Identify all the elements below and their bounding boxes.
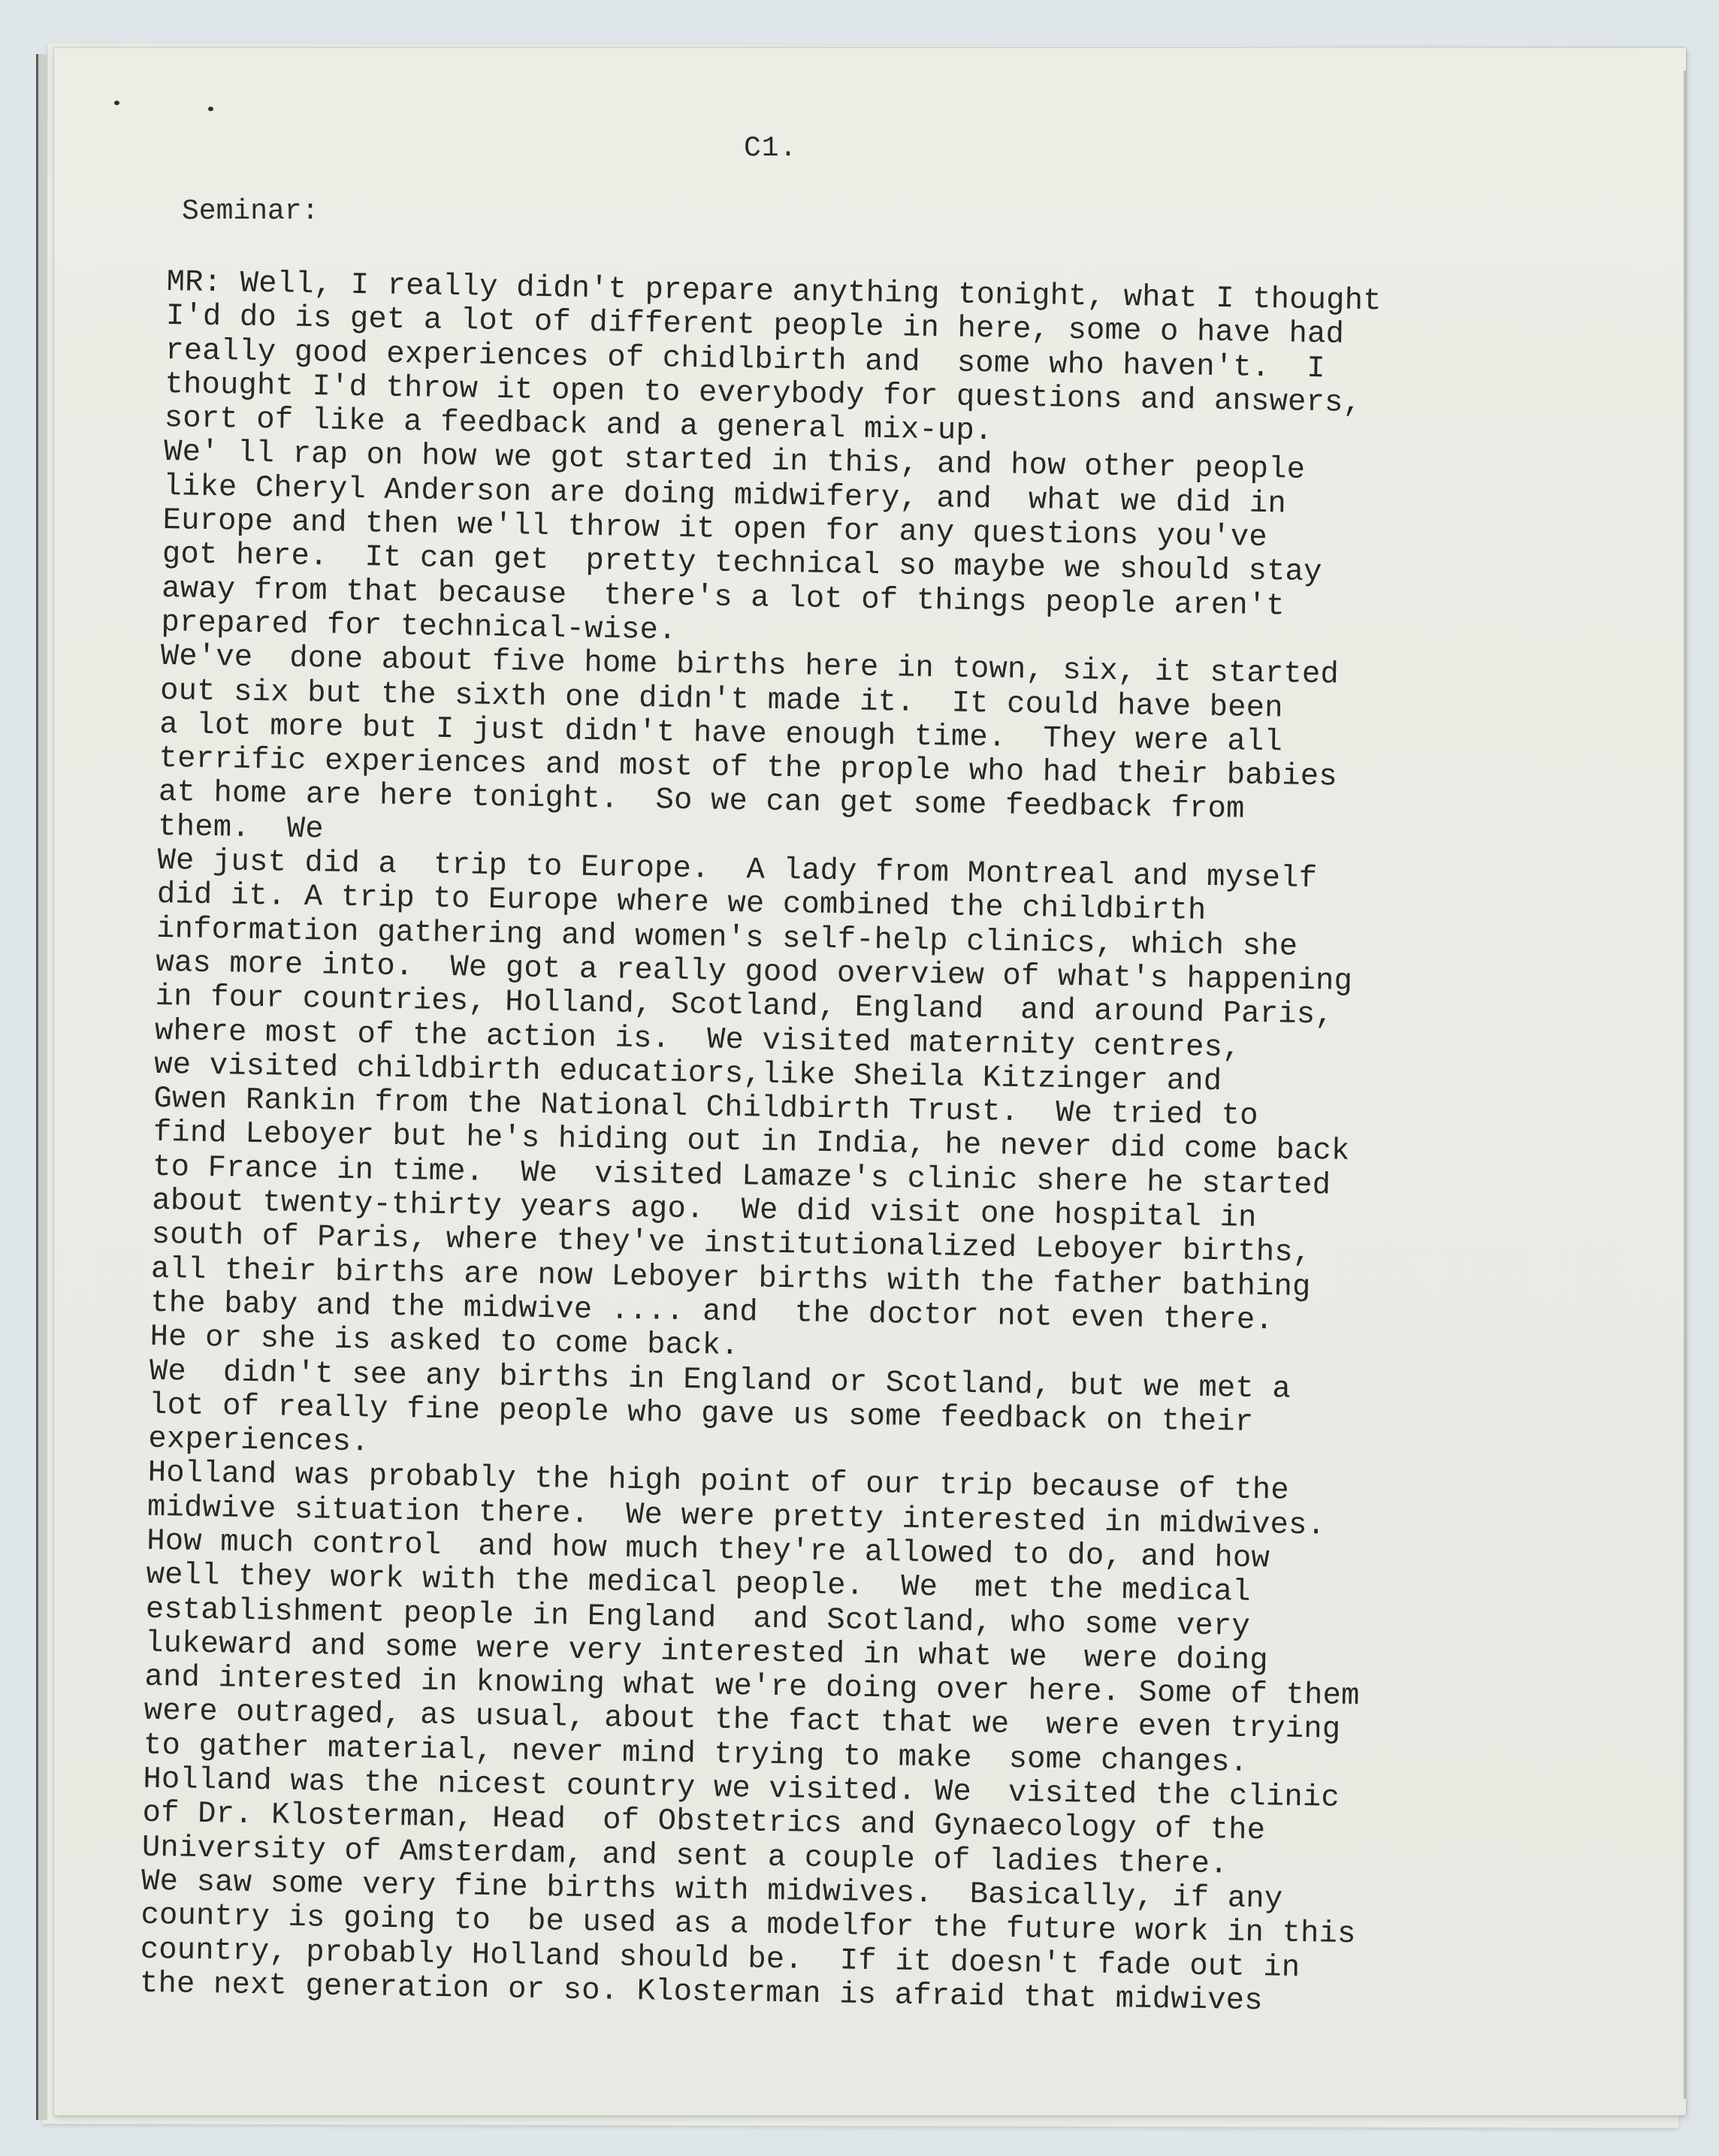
page-number: C1.: [744, 132, 797, 165]
ink-speck: [208, 107, 213, 111]
document-heading: Seminar:: [182, 195, 319, 228]
typewritten-page: C1. Seminar: MR: Well, I really didn't p…: [54, 48, 1686, 2115]
ink-speck: [114, 101, 119, 105]
stacked-page-edge: [36, 54, 47, 2120]
page-edge: [1684, 71, 1686, 2099]
document-body: MR: Well, I really didn't prepare anythi…: [140, 266, 1639, 2025]
